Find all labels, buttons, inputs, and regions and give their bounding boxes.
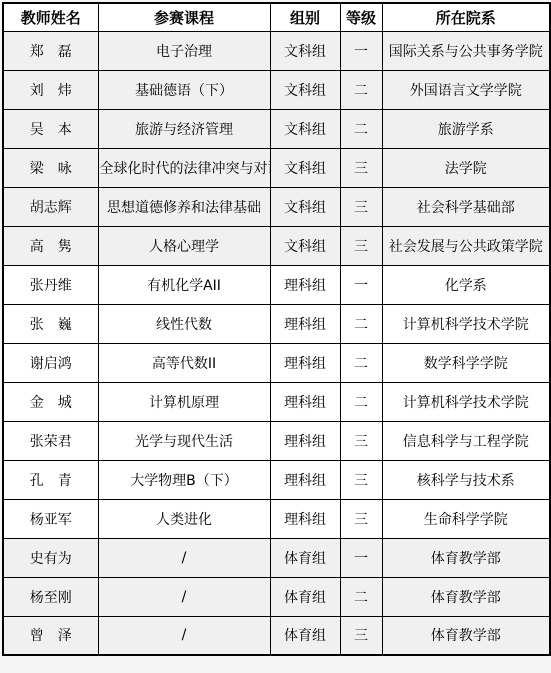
cell-name: 刘 炜	[3, 70, 98, 109]
cell-group: 理科组	[270, 460, 340, 499]
cell-department: 国际关系与公共事务学院	[382, 31, 550, 70]
cell-name: 金 城	[3, 382, 98, 421]
teacher-competition-table: 教师姓名 参赛课程 组别 等级 所在院系 郑 磊电子治理文科组一国际关系与公共事…	[2, 2, 551, 656]
cell-course: 人格心理学	[98, 226, 270, 265]
cell-department: 体育教学部	[382, 616, 550, 655]
cell-name: 谢启鸿	[3, 343, 98, 382]
cell-level: 三	[340, 148, 382, 187]
cell-level: 三	[340, 460, 382, 499]
cell-level: 三	[340, 499, 382, 538]
table-row: 吴 本旅游与经济管理文科组二旅游学系	[3, 109, 550, 148]
cell-course: 电子治理	[98, 31, 270, 70]
cell-name: 杨亚军	[3, 499, 98, 538]
cell-level: 一	[340, 265, 382, 304]
cell-course: /	[98, 577, 270, 616]
cell-group: 文科组	[270, 226, 340, 265]
header-course: 参赛课程	[98, 3, 270, 31]
cell-department: 化学系	[382, 265, 550, 304]
cell-name: 梁 咏	[3, 148, 98, 187]
cell-department: 体育教学部	[382, 577, 550, 616]
table-row: 史有为/体育组一体育教学部	[3, 538, 550, 577]
table-row: 张 巍线性代数理科组二计算机科学技术学院	[3, 304, 550, 343]
cell-department: 社会科学基础部	[382, 187, 550, 226]
cell-group: 文科组	[270, 109, 340, 148]
cell-name: 曾 泽	[3, 616, 98, 655]
cell-level: 二	[340, 109, 382, 148]
header-level: 等级	[340, 3, 382, 31]
cell-name: 吴 本	[3, 109, 98, 148]
cell-name: 高 隽	[3, 226, 98, 265]
header-teacher-name: 教师姓名	[3, 3, 98, 31]
table-row: 胡志辉思想道德修养和法律基础文科组三社会科学基础部	[3, 187, 550, 226]
cell-group: 文科组	[270, 31, 340, 70]
cell-level: 二	[340, 304, 382, 343]
table-row: 梁 咏全球化时代的法律冲突与对话文科组三法学院	[3, 148, 550, 187]
cell-level: 三	[340, 187, 382, 226]
table-row: 孔 青大学物理B（下）理科组三核科学与技术系	[3, 460, 550, 499]
cell-group: 体育组	[270, 577, 340, 616]
cell-name: 张 巍	[3, 304, 98, 343]
cell-level: 三	[340, 616, 382, 655]
cell-name: 史有为	[3, 538, 98, 577]
table-row: 杨亚军人类进化理科组三生命科学学院	[3, 499, 550, 538]
cell-name: 杨至刚	[3, 577, 98, 616]
cell-course: 人类进化	[98, 499, 270, 538]
cell-course: 光学与现代生活	[98, 421, 270, 460]
cell-department: 计算机科学技术学院	[382, 304, 550, 343]
cell-name: 郑 磊	[3, 31, 98, 70]
cell-department: 体育教学部	[382, 538, 550, 577]
cell-course: 基础德语（下）	[98, 70, 270, 109]
cell-course: 计算机原理	[98, 382, 270, 421]
cell-group: 文科组	[270, 148, 340, 187]
cell-course: /	[98, 616, 270, 655]
table-row: 杨至刚/体育组二体育教学部	[3, 577, 550, 616]
cell-course: 思想道德修养和法律基础	[98, 187, 270, 226]
cell-course: 旅游与经济管理	[98, 109, 270, 148]
cell-department: 旅游学系	[382, 109, 550, 148]
table-row: 张荣君光学与现代生活理科组三信息科学与工程学院	[3, 421, 550, 460]
cell-group: 理科组	[270, 382, 340, 421]
cell-course: 全球化时代的法律冲突与对话	[98, 148, 270, 187]
cell-level: 二	[340, 577, 382, 616]
cell-department: 核科学与技术系	[382, 460, 550, 499]
cell-name: 胡志辉	[3, 187, 98, 226]
cell-group: 理科组	[270, 304, 340, 343]
cell-level: 三	[340, 421, 382, 460]
cell-group: 理科组	[270, 265, 340, 304]
cell-name: 张荣君	[3, 421, 98, 460]
cell-group: 文科组	[270, 70, 340, 109]
cell-group: 体育组	[270, 538, 340, 577]
cell-name: 孔 青	[3, 460, 98, 499]
cell-level: 三	[340, 226, 382, 265]
cell-group: 体育组	[270, 616, 340, 655]
table-row: 张丹维有机化学AII理科组一化学系	[3, 265, 550, 304]
cell-course: /	[98, 538, 270, 577]
cell-course: 高等代数II	[98, 343, 270, 382]
cell-level: 一	[340, 31, 382, 70]
cell-department: 信息科学与工程学院	[382, 421, 550, 460]
cell-group: 理科组	[270, 499, 340, 538]
cell-level: 二	[340, 382, 382, 421]
cell-level: 一	[340, 538, 382, 577]
table-row: 谢启鸿高等代数II理科组二数学科学学院	[3, 343, 550, 382]
table-body: 郑 磊电子治理文科组一国际关系与公共事务学院刘 炜基础德语（下）文科组二外国语言…	[3, 31, 550, 655]
cell-department: 数学科学学院	[382, 343, 550, 382]
header-department: 所在院系	[382, 3, 550, 31]
table-row: 郑 磊电子治理文科组一国际关系与公共事务学院	[3, 31, 550, 70]
cell-course: 大学物理B（下）	[98, 460, 270, 499]
cell-group: 理科组	[270, 421, 340, 460]
table-row: 曾 泽/体育组三体育教学部	[3, 616, 550, 655]
header-row: 教师姓名 参赛课程 组别 等级 所在院系	[3, 3, 550, 31]
cell-course: 线性代数	[98, 304, 270, 343]
cell-course: 有机化学AII	[98, 265, 270, 304]
cell-level: 二	[340, 70, 382, 109]
cell-department: 法学院	[382, 148, 550, 187]
cell-group: 理科组	[270, 343, 340, 382]
table-row: 金 城计算机原理理科组二计算机科学技术学院	[3, 382, 550, 421]
cell-name: 张丹维	[3, 265, 98, 304]
table-row: 刘 炜基础德语（下）文科组二外国语言文学学院	[3, 70, 550, 109]
table-header: 教师姓名 参赛课程 组别 等级 所在院系	[3, 3, 550, 31]
cell-group: 文科组	[270, 187, 340, 226]
cell-department: 外国语言文学学院	[382, 70, 550, 109]
page: 教师姓名 参赛课程 组别 等级 所在院系 郑 磊电子治理文科组一国际关系与公共事…	[0, 0, 551, 673]
cell-level: 二	[340, 343, 382, 382]
header-group: 组别	[270, 3, 340, 31]
table-row: 高 隽人格心理学文科组三社会发展与公共政策学院	[3, 226, 550, 265]
cell-department: 社会发展与公共政策学院	[382, 226, 550, 265]
cell-department: 生命科学学院	[382, 499, 550, 538]
cell-department: 计算机科学技术学院	[382, 382, 550, 421]
